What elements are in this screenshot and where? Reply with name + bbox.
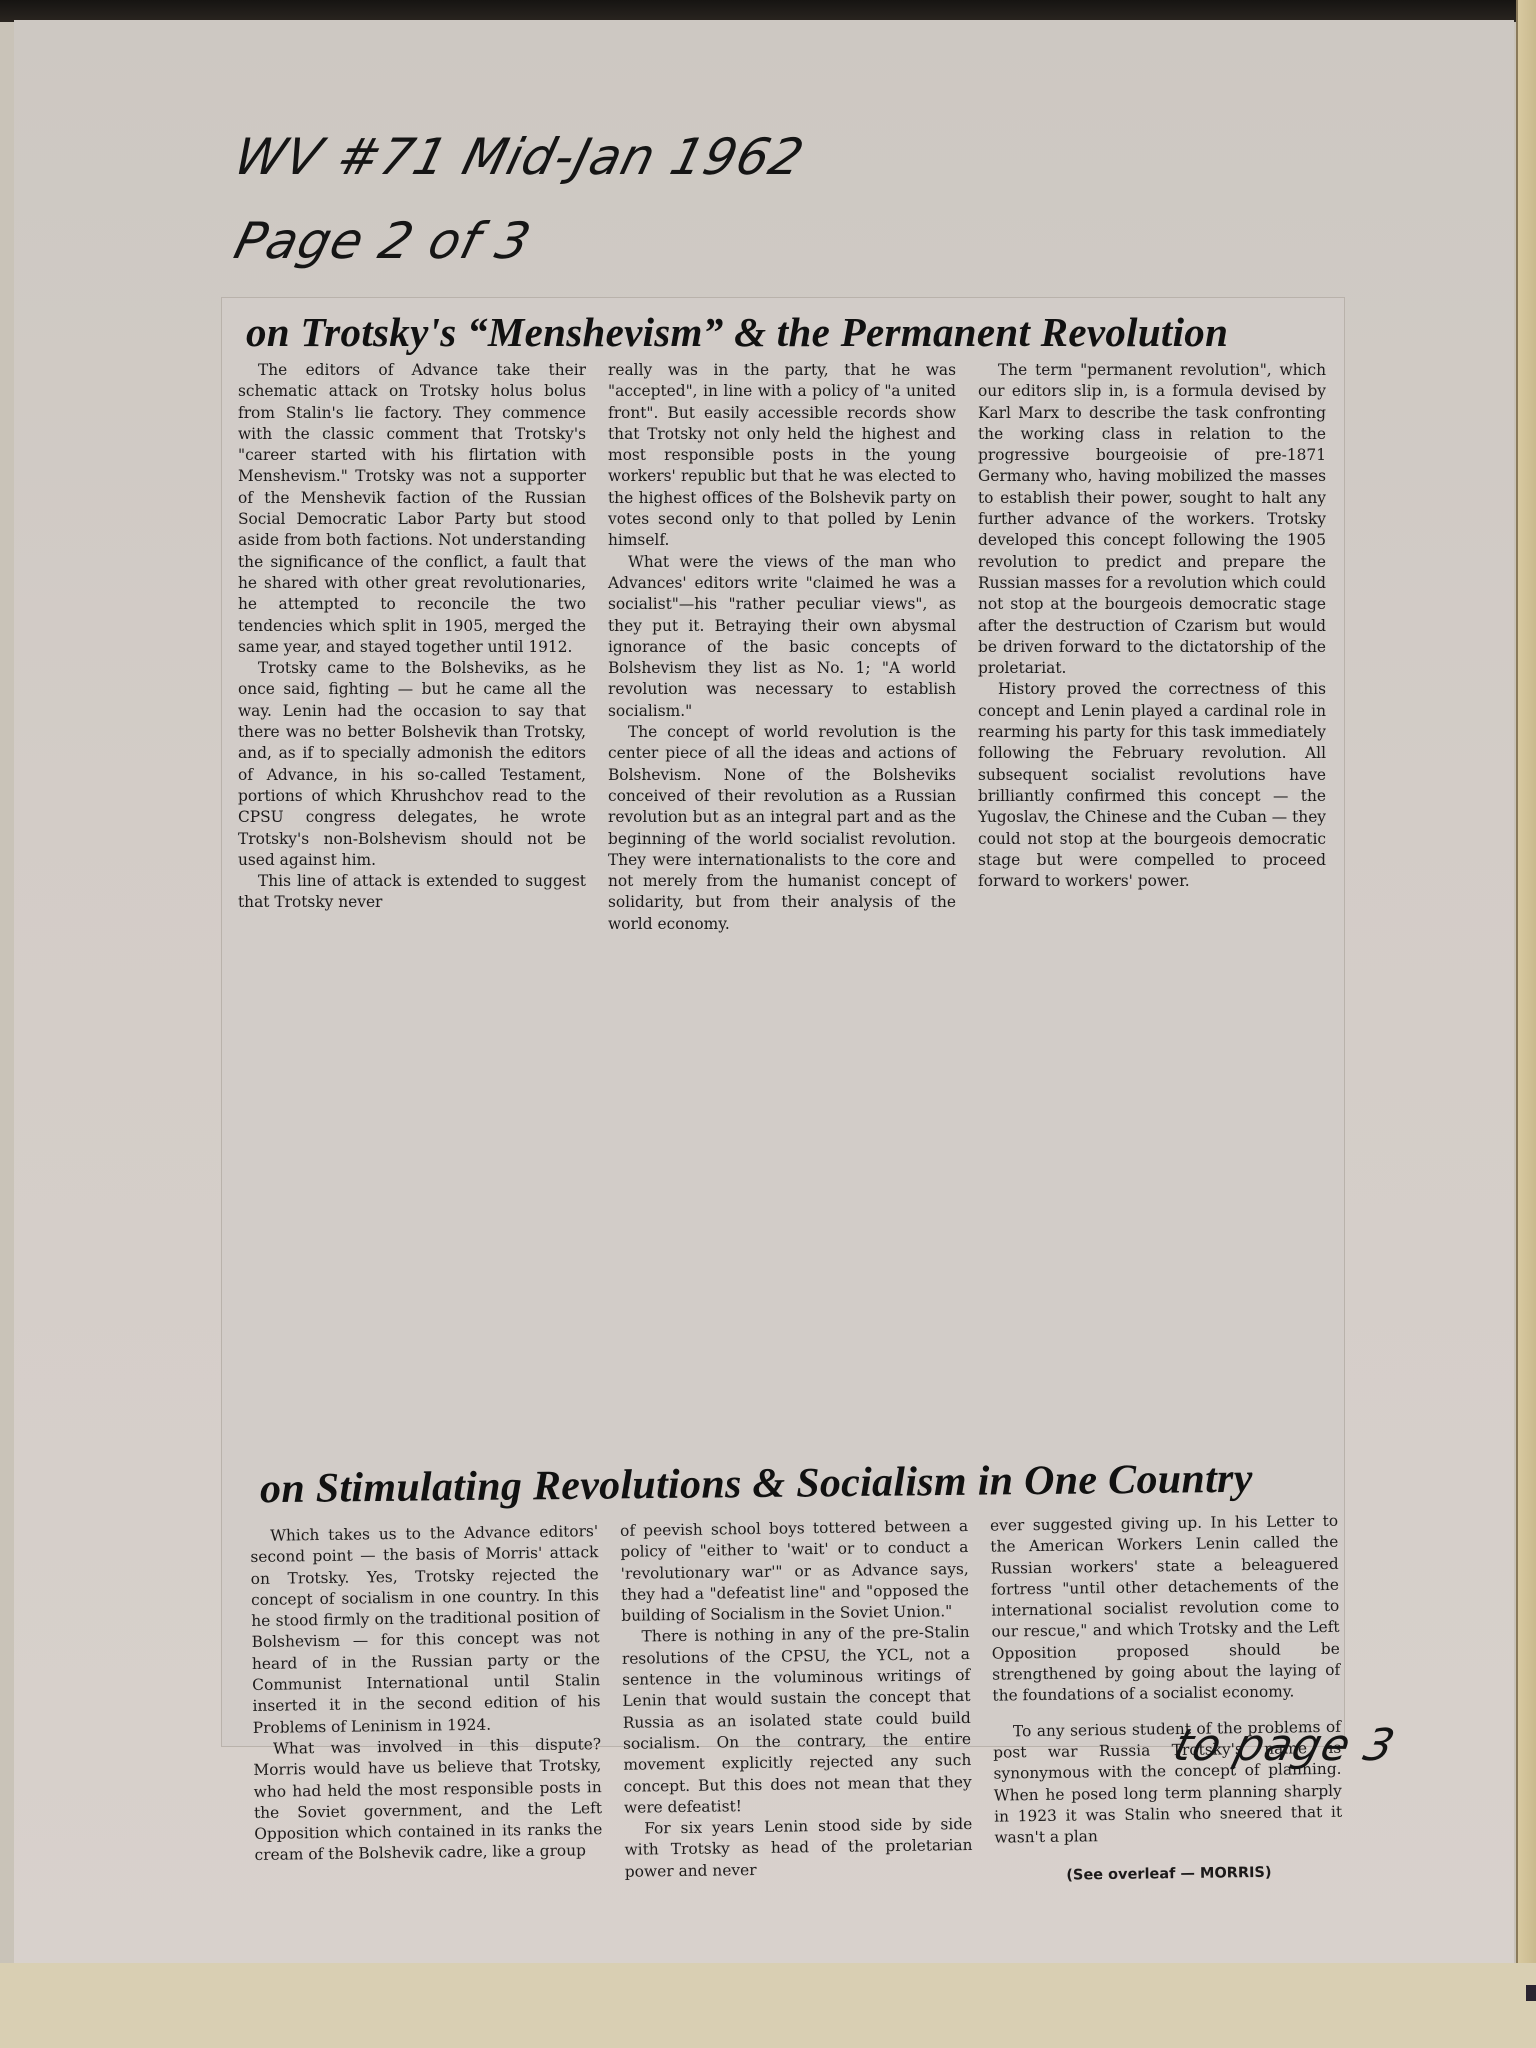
paragraph: ever suggested giving up. In his Letter … — [990, 1511, 1341, 1708]
column-3: ever suggested giving up. In his Letter … — [990, 1511, 1343, 1889]
paragraph: What was involved in this dispute? Morri… — [253, 1734, 603, 1867]
column-1: The editors of Advance take their schema… — [238, 360, 586, 935]
paragraph: The term "permanent revolution", which o… — [978, 360, 1326, 679]
paragraph: Which takes us to the Advance editors' s… — [250, 1521, 601, 1739]
handwritten-page-note: Page 2 of 3 — [229, 212, 537, 270]
article-section-permanent-revolution: on Trotsky's “Menshevism” & the Permanen… — [222, 298, 1344, 1168]
paragraph: The editors of Advance take their schema… — [238, 360, 586, 658]
text-columns: The editors of Advance take their schema… — [238, 360, 1328, 935]
corner-clip — [1526, 1985, 1536, 2001]
text-columns: Which takes us to the Advance editors' s… — [250, 1511, 1345, 1899]
background-surface — [0, 1963, 1536, 2048]
section-headline: on Trotsky's “Menshevism” & the Permanen… — [246, 308, 1228, 356]
handwritten-issue-note: WV #71 Mid-Jan 1962 — [229, 128, 810, 186]
paragraph: Trotsky came to the Bolsheviks, as he on… — [238, 658, 586, 871]
paragraph: For six years Lenin stood side by side w… — [624, 1814, 973, 1883]
column-2: really was in the party, that he was "ac… — [608, 360, 956, 935]
paragraph: of peevish school boys tottered between … — [620, 1516, 969, 1627]
newspaper-clipping: on Trotsky's “Menshevism” & the Permanen… — [222, 298, 1344, 1746]
paragraph: The concept of world revolution is the c… — [608, 722, 956, 935]
column-1: Which takes us to the Advance editors' s… — [250, 1521, 603, 1899]
paragraph: What were the views of the man who Advan… — [608, 552, 956, 722]
binder-edge — [1516, 0, 1536, 2048]
scanner-top-edge — [0, 0, 1536, 22]
column-3: The term "permanent revolution", which o… — [978, 360, 1326, 935]
section-headline: on Stimulating Revolutions & Socialism i… — [260, 1455, 1253, 1513]
article-section-socialism-in-one-country: on Stimulating Revolutions & Socialism i… — [222, 1168, 1344, 1746]
column-2: of peevish school boys tottered between … — [620, 1516, 973, 1894]
paragraph: This line of attack is extended to sugge… — [238, 871, 586, 914]
paragraph: History proved the correctness of this c… — [978, 679, 1326, 892]
paragraph: There is nothing in any of the pre-Stali… — [621, 1622, 972, 1819]
paragraph: really was in the party, that he was "ac… — [608, 360, 956, 552]
handwritten-continuation-note: to page 3 — [1169, 1720, 1401, 1771]
